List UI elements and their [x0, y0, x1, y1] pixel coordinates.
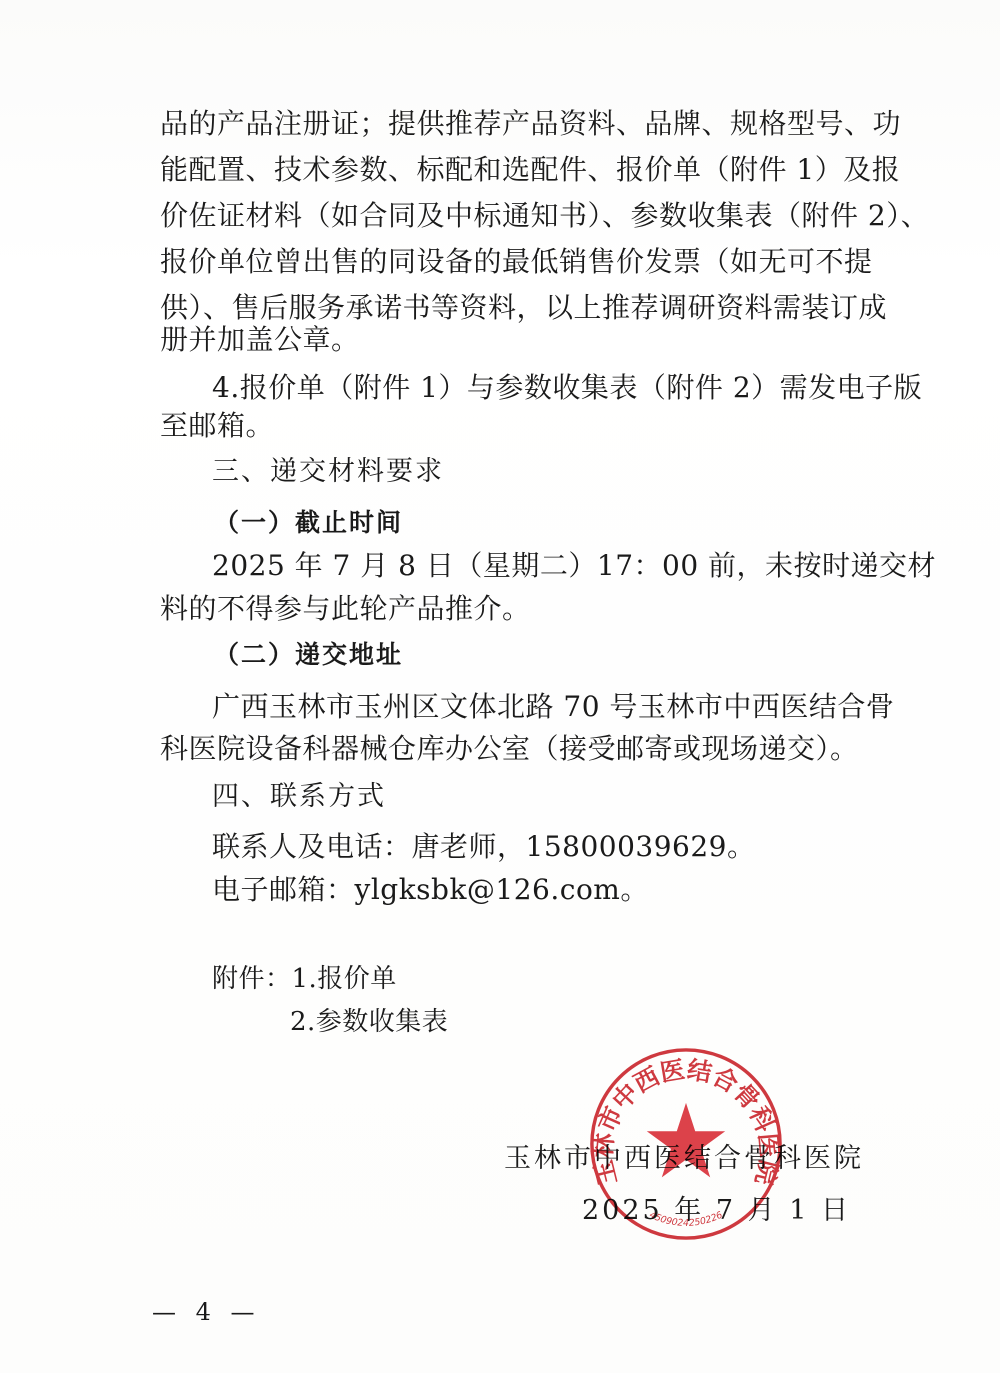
body-line: 能配置、技术参数、标配和选配件、报价单（附件 1）及报	[160, 152, 842, 188]
subsection-heading: （二）递交地址	[214, 637, 896, 673]
official-stamp: 玉林市中西医结合骨科医院 4509024250226	[588, 1046, 784, 1242]
section-heading: 四、联系方式	[212, 779, 842, 815]
item-4-line: 4.报价单（附件 1）与参数收集表（附件 2）需发电子版	[212, 370, 842, 406]
document-page: 品的产品注册证；提供推荐产品资料、品牌、规格型号、功 能配置、技术参数、标配和选…	[0, 0, 1000, 1373]
deadline-line: 料的不得参与此轮产品推介。	[160, 591, 842, 627]
svg-text:4509024250226: 4509024250226	[648, 1210, 725, 1229]
email-line: 电子邮箱：ylgksbk@126.com。	[212, 872, 842, 908]
page-number: — 4 —	[152, 1298, 261, 1326]
body-line: 供）、售后服务承诺书等资料，以上推荐调研资料需装订成	[160, 290, 842, 326]
body-line: 报价单位曾出售的同设备的最低销售价发票（如无可不提	[160, 244, 842, 280]
body-line: 品的产品注册证；提供推荐产品资料、品牌、规格型号、功	[160, 106, 842, 142]
body-line: 册并加盖公章。	[160, 322, 842, 358]
address-line: 广西玉林市玉州区文体北路 70 号玉林市中西医结合骨	[212, 689, 842, 725]
contact-line: 联系人及电话：唐老师，15800039629。	[212, 829, 842, 865]
body-line: 价佐证材料（如合同及中标通知书）、参数收集表（附件 2）、	[160, 198, 842, 234]
subsection-heading: （一）截止时间	[214, 505, 896, 541]
attachments-label: 附件：1.报价单	[212, 961, 842, 997]
attachment-item: 2.参数收集表	[290, 1004, 590, 1040]
item-4-line: 至邮箱。	[160, 408, 842, 444]
section-heading: 三、递交材料要求	[212, 454, 842, 490]
address-line: 科医院设备科器械仓库办公室（接受邮寄或现场递交）。	[160, 731, 842, 767]
deadline-line: 2025 年 7 月 8 日（星期二）17：00 前，未按时递交材	[212, 548, 842, 584]
stamp-code: 4509024250226	[648, 1210, 725, 1229]
star-icon	[647, 1103, 725, 1177]
